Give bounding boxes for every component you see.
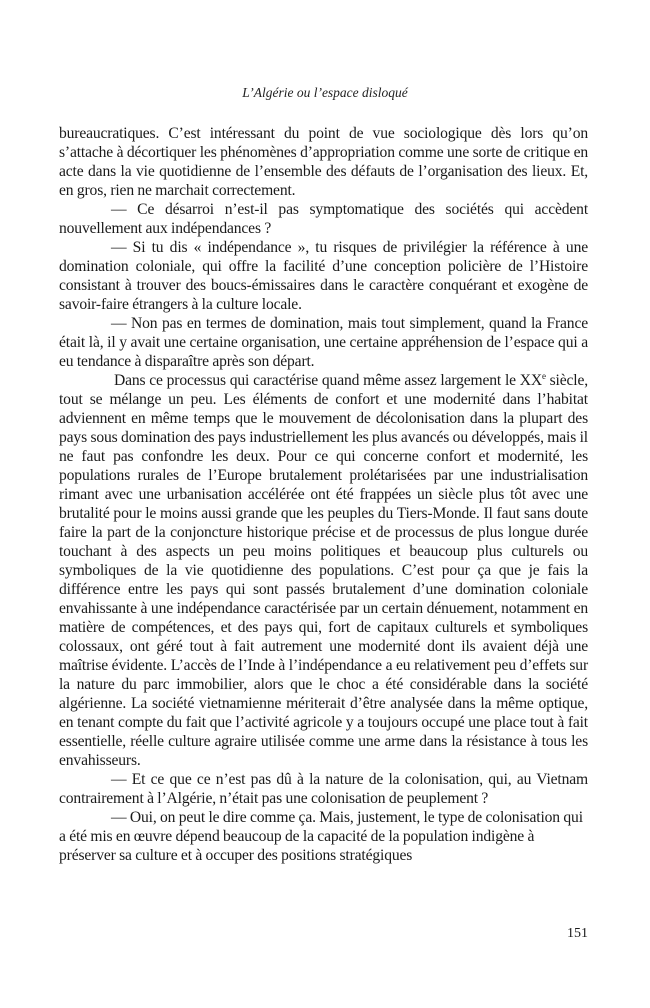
paragraph-question-2: — Et ce que ce n’est pas dû à la nature … <box>59 770 588 808</box>
paragraph-answer-2: — Oui, on peut le dire comme ça. Mais, j… <box>59 808 588 865</box>
paragraph-main-text-start: Dans ce processus qui caractérise quand … <box>114 372 542 389</box>
page-number: 151 <box>500 925 588 943</box>
paragraph-answer: — Si tu dis « indépendance », tu risques… <box>59 238 588 314</box>
running-head: L’Algérie ou l’espace disloqué <box>0 84 650 102</box>
paragraph-main-text-rest: siècle, tout se mélange un peu. Les élém… <box>59 372 588 769</box>
paragraph-continuation: bureaucratiques. C’est intéressant du po… <box>59 124 588 200</box>
body-text: bureaucratiques. C’est intéressant du po… <box>59 124 588 865</box>
paragraph-question: — Ce désarroi n’est-il pas symptomatique… <box>59 200 588 238</box>
paragraph-reply: — Non pas en termes de domination, mais … <box>59 314 588 371</box>
paragraph-main: Dans ce processus qui caractérise quand … <box>59 371 588 770</box>
